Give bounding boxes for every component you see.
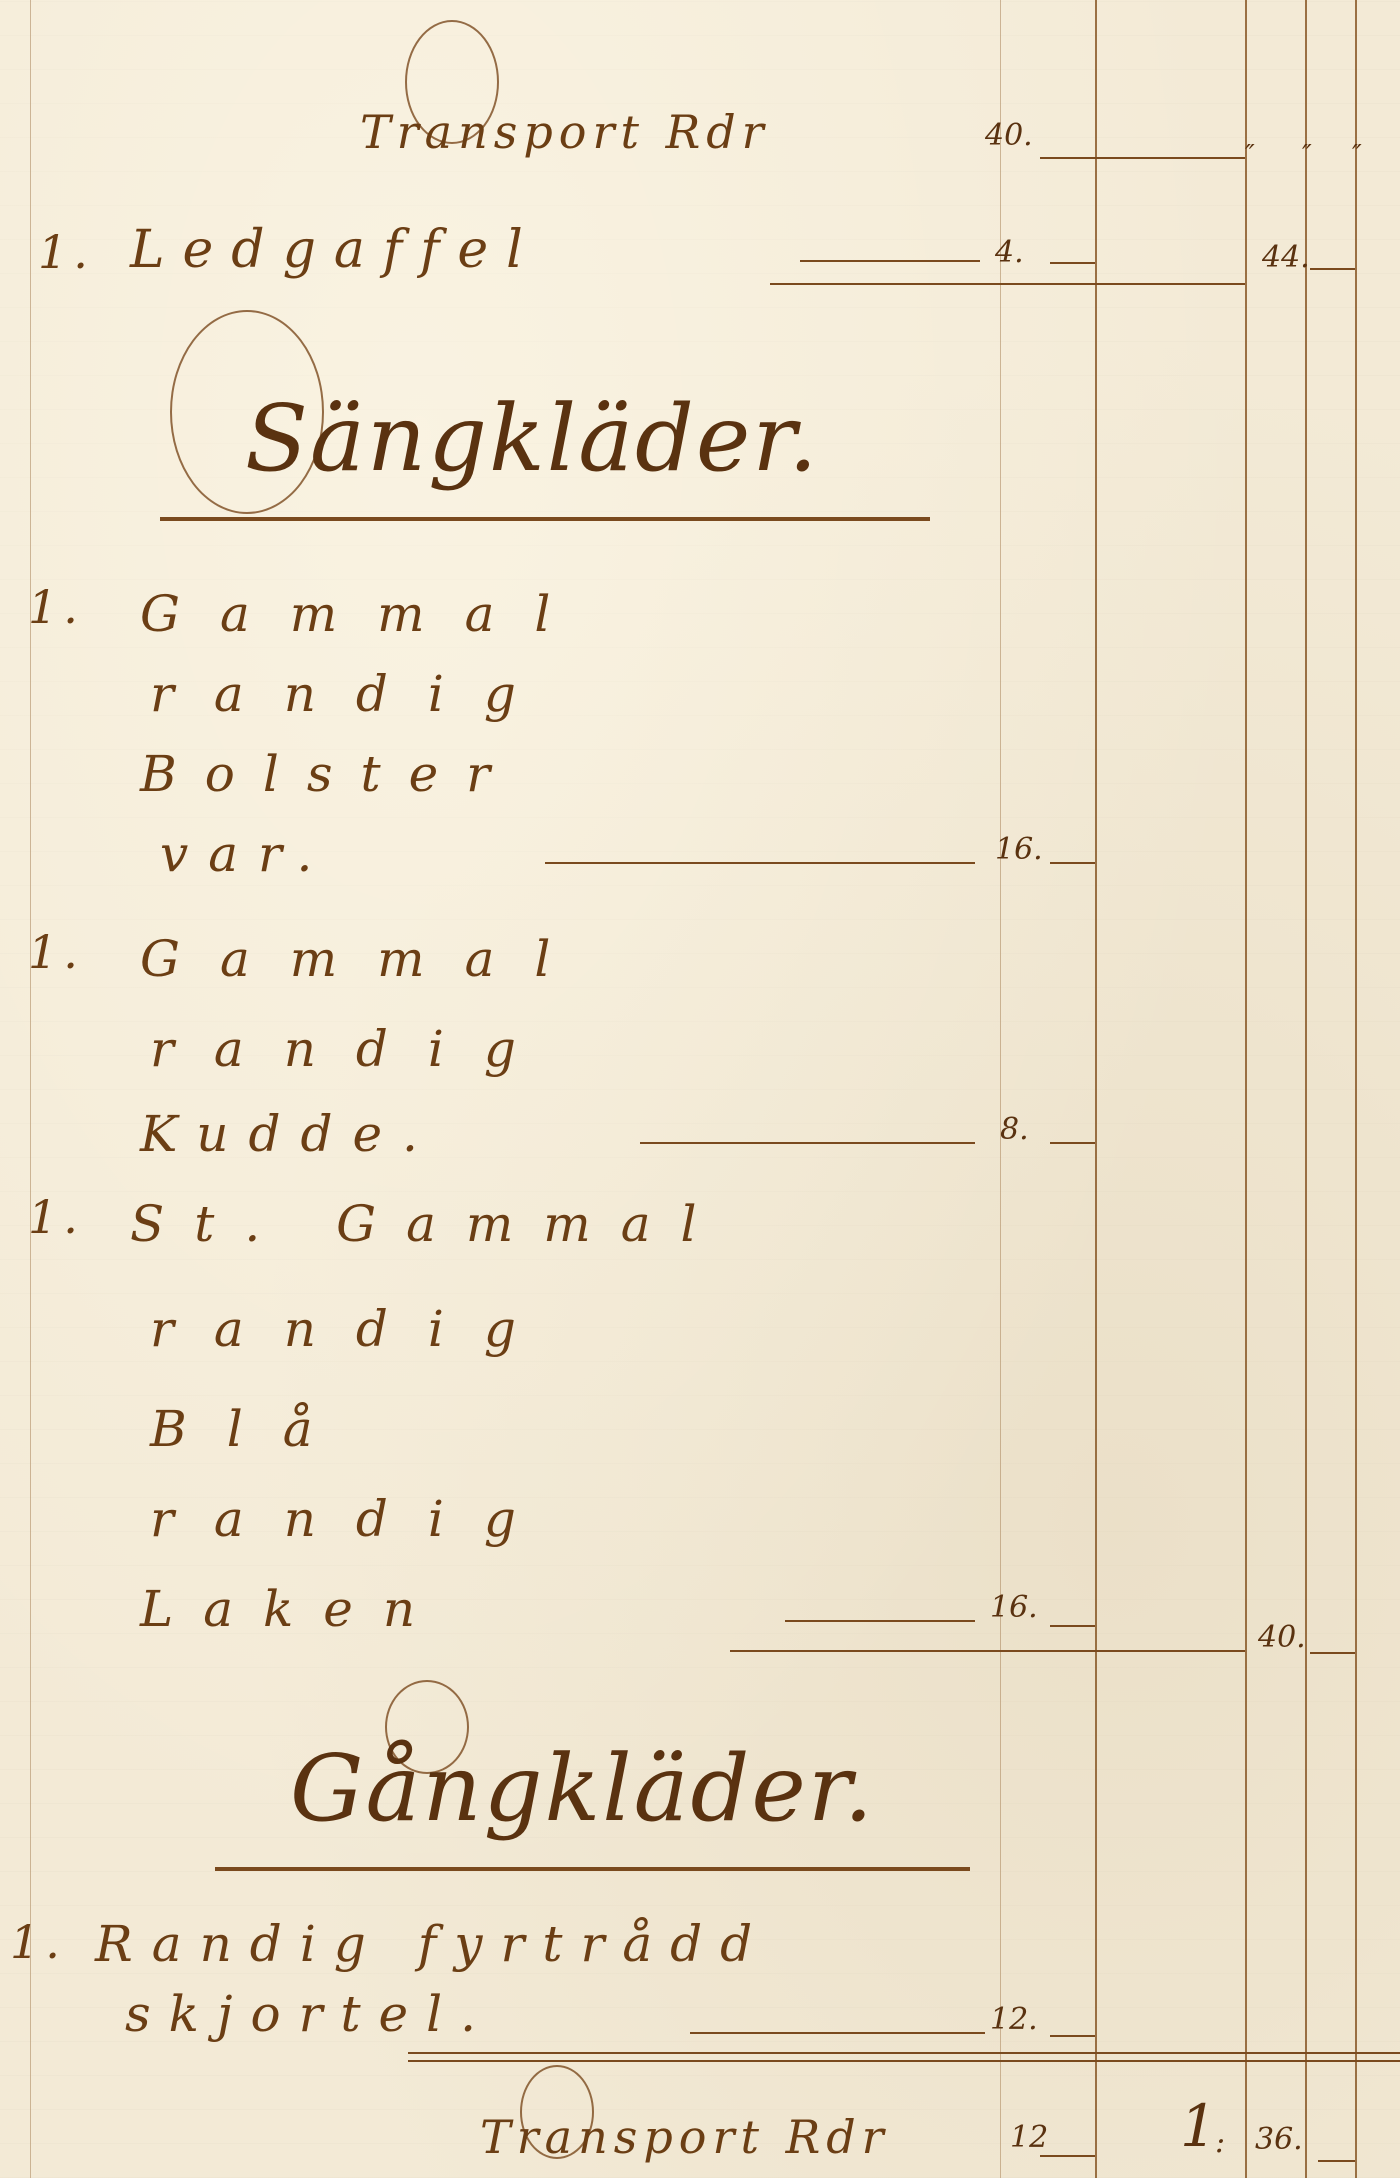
item-line: Gammal [140, 585, 590, 643]
section-total: 40. [1258, 1620, 1306, 1655]
faint-guide-rule [1000, 0, 1001, 2178]
fill-dash [1050, 1625, 1095, 1627]
item-qty: 1. [38, 225, 94, 279]
item-line: randig [150, 665, 556, 723]
item-line: Laken [140, 1580, 445, 1638]
item-line: randig [150, 1020, 556, 1078]
fill-dash [1318, 2160, 1355, 2162]
item-line: Bolster [140, 745, 518, 803]
fill-dash [1040, 157, 1245, 159]
heading-underline [160, 517, 930, 521]
carry-forward-label: Transport Rdr [360, 105, 770, 159]
total-separator: : [1215, 2125, 1225, 2160]
item-qty: 1. [28, 1190, 84, 1244]
ditto-mark-1: ″ [1245, 140, 1255, 170]
item-amount: 4. [995, 235, 1024, 270]
item-line: Blå [150, 1400, 353, 1458]
fill-dash [545, 862, 975, 864]
item-qty: 1. [10, 1915, 66, 1969]
subtotal-rule [770, 283, 1245, 285]
amount-column-rule-2 [1245, 0, 1247, 2178]
item-qty: 1. [28, 925, 84, 979]
item-line: Gammal [140, 930, 590, 988]
carry-forward-label: Transport Rdr [480, 2110, 890, 2164]
section-total: 44. [1262, 240, 1310, 275]
item-line: var. [160, 825, 332, 883]
item-amount: 12. [990, 2002, 1038, 2037]
carry-forward-amount: 12 [1010, 2120, 1048, 2155]
item-line: Kudde. [140, 1105, 438, 1163]
fill-dash [785, 1620, 975, 1622]
fill-dash [640, 1142, 975, 1144]
item-line: randig [150, 1490, 556, 1548]
ditto-mark-2: ″ [1302, 140, 1312, 170]
item-line: Randig fyrtrådd [95, 1915, 770, 1973]
item-description: Ledgaffel [130, 220, 541, 280]
left-margin-rule [30, 0, 31, 2178]
amount-column-rule-4 [1355, 0, 1357, 2178]
item-line: skjortel. [125, 1985, 494, 2043]
item-line: randig [150, 1300, 556, 1358]
heading-underline [215, 1867, 970, 1871]
grand-total-daler: 1 [1180, 2092, 1217, 2160]
fill-dash [1040, 2155, 1095, 2157]
ditto-mark-3: ″ [1352, 140, 1362, 170]
carry-forward-amount: 40. [985, 118, 1033, 153]
subtotal-rule [730, 1650, 1245, 1652]
fill-dash [1050, 262, 1095, 264]
section-heading: Gångkläder. [290, 1735, 875, 1842]
item-qty: 1. [28, 580, 84, 634]
bleed-through-text [700, 330, 744, 381]
grand-total-ore: 36. [1255, 2122, 1303, 2157]
amount-column-rule-1 [1095, 0, 1097, 2178]
fill-dash [800, 260, 980, 262]
section-heading: Sängkläder. [245, 385, 820, 492]
total-double-rule-bottom [408, 2060, 1400, 2062]
item-amount: 8. [1000, 1112, 1029, 1147]
amount-column-rule-3 [1305, 0, 1307, 2178]
fill-dash [690, 2032, 985, 2034]
item-amount: 16. [995, 832, 1043, 867]
fill-dash [1050, 2035, 1095, 2037]
fill-dash [1310, 268, 1355, 270]
item-line: St. Gammal [130, 1195, 727, 1253]
fill-dash [1050, 862, 1095, 864]
fill-dash [1050, 1142, 1095, 1144]
total-double-rule-top [408, 2052, 1400, 2054]
fill-dash [1310, 1652, 1355, 1654]
item-amount: 16. [990, 1590, 1038, 1625]
